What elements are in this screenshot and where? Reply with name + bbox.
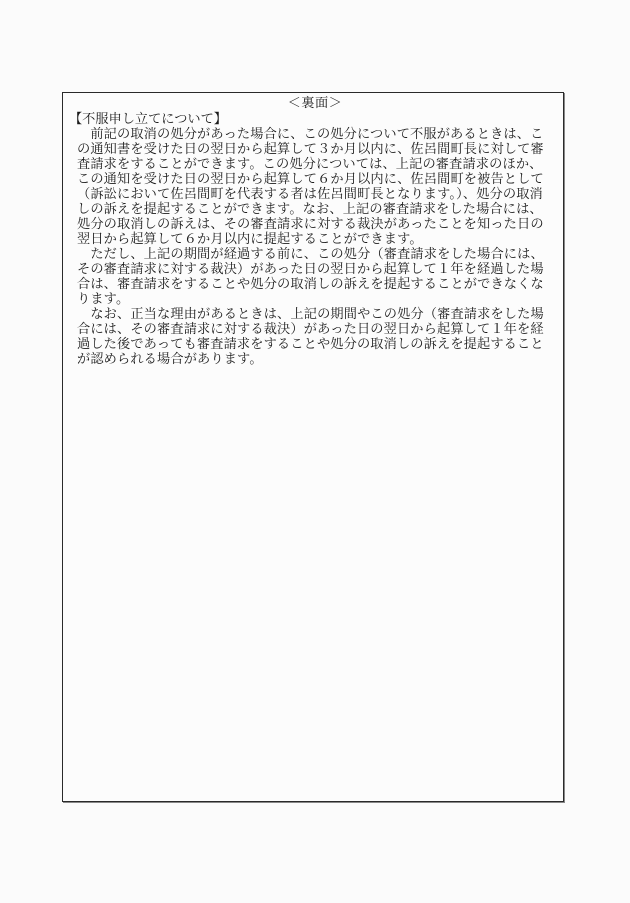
paragraph-appeal-rights: 前記の取消の処分があった場合に、この処分について不服があるときは、こ の通知書を… bbox=[77, 127, 553, 247]
section-heading: 【不服申し立てについて】 bbox=[69, 112, 553, 127]
text-line: 合は、審査請求をすることや処分の取消しの訴えを提起することができなくな bbox=[77, 277, 553, 292]
text-line: 翌日から起算して６か月以内に提起することができます。 bbox=[77, 232, 553, 247]
text-line: 査請求をすることができます。この処分については、上記の審査請求のほか、 bbox=[77, 157, 553, 172]
text-line: 前記の取消の処分があった場合に、この処分について不服があるときは、こ bbox=[77, 127, 553, 142]
text-line: 過した後であっても審査請求をすることや処分の取消しの訴えを提起すること bbox=[77, 337, 553, 352]
text-line: ただし、上記の期間が経過する前に、この処分（審査請求をした場合には、 bbox=[77, 247, 553, 262]
text-line: その審査請求に対する裁決）があった日の翌日から起算して１年を経過した場 bbox=[77, 262, 553, 277]
paragraph-exception: なお、正当な理由があるときは、上記の期間やこの処分（審査請求をした場 合には、そ… bbox=[77, 307, 553, 367]
paragraph-time-limit: ただし、上記の期間が経過する前に、この処分（審査請求をした場合には、 その審査請… bbox=[77, 247, 553, 307]
text-line: ります。 bbox=[77, 292, 553, 307]
text-line: この通知を受けた日の翌日から起算して６か月以内に、佐呂間町を被告として bbox=[77, 172, 553, 187]
text-line: 合には、その審査請求に対する裁決）があった日の翌日から起算して１年を経 bbox=[77, 322, 553, 337]
text-line: の通知書を受けた日の翌日から起算して３か月以内に、佐呂間町長に対して審 bbox=[77, 142, 553, 157]
text-line: が認められる場合があります。 bbox=[77, 352, 553, 367]
text-line: （訴訟において佐呂間町を代表する者は佐呂間町長となります。）、処分の取消 bbox=[77, 187, 553, 202]
text-line: なお、正当な理由があるときは、上記の期間やこの処分（審査請求をした場 bbox=[77, 307, 553, 322]
document-frame: ＜裏面＞ 【不服申し立てについて】 前記の取消の処分があった場合に、この処分につ… bbox=[62, 92, 564, 802]
text-line: しの訴えを提起することができます。なお、上記の審査請求をした場合には、 bbox=[77, 202, 553, 217]
text-line: 処分の取消しの訴えは、その審査請求に対する裁決があったことを知った日の bbox=[77, 217, 553, 232]
document-content: ＜裏面＞ 【不服申し立てについて】 前記の取消の処分があった場合に、この処分につ… bbox=[77, 96, 553, 367]
side-title: ＜裏面＞ bbox=[77, 96, 553, 111]
